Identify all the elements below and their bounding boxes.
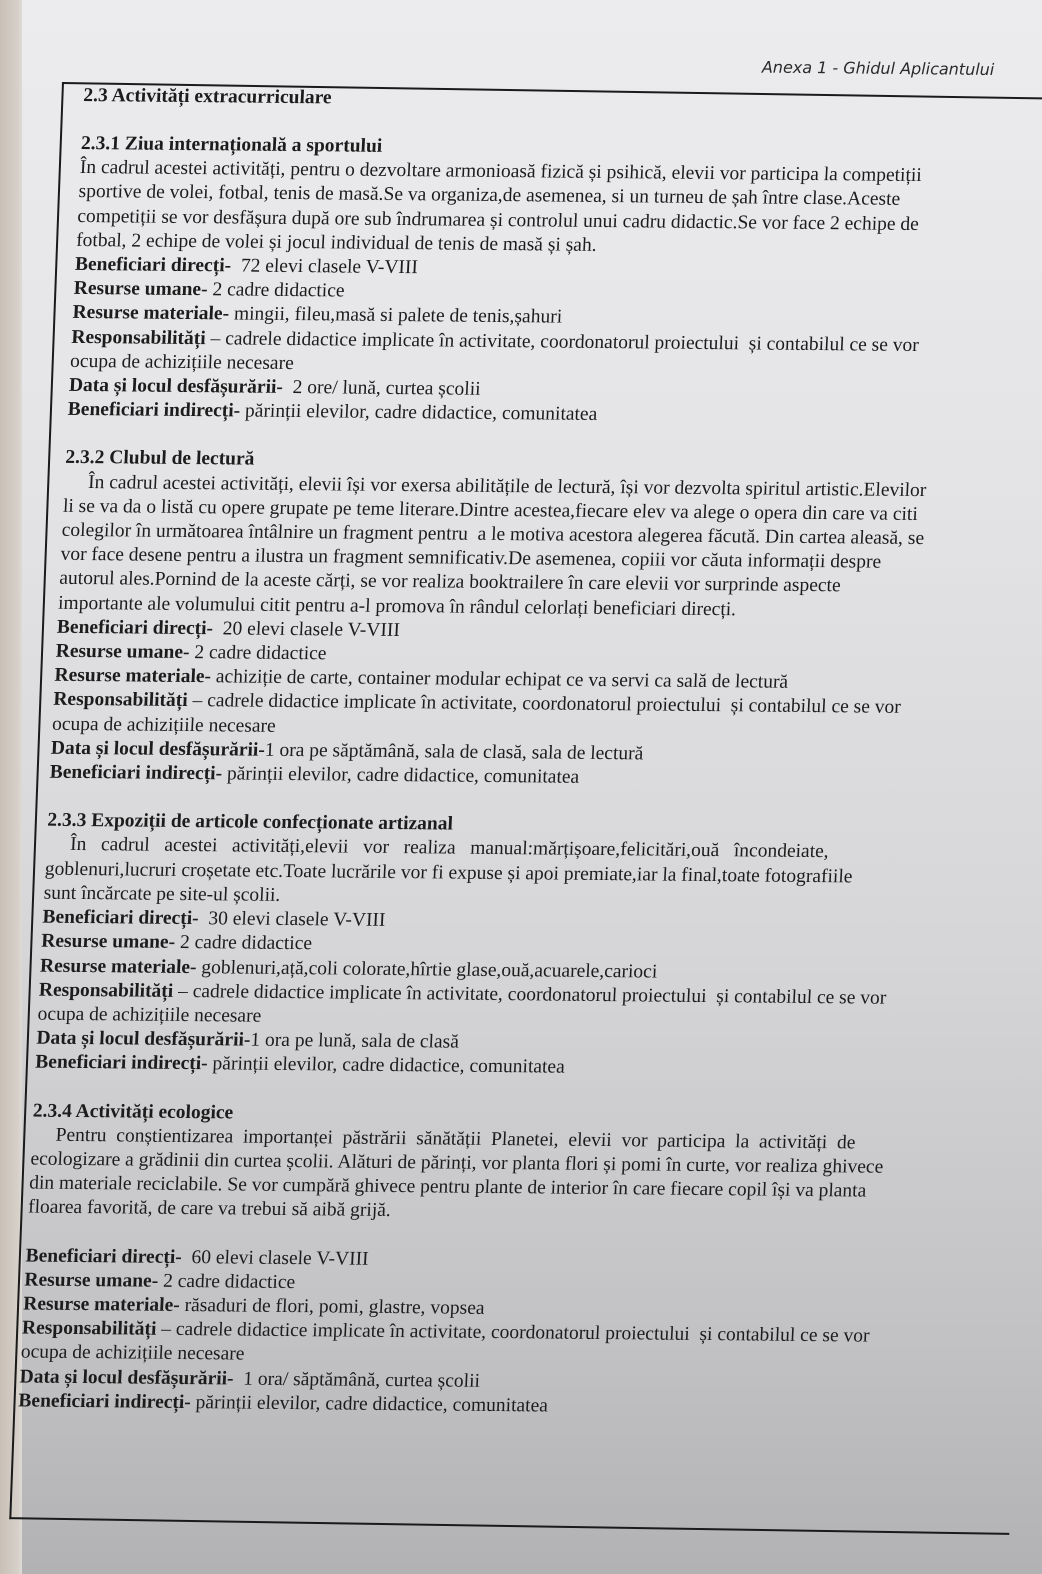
field-value: – cadrele didactice implicate în activit…	[187, 690, 901, 718]
field-value: părinții elevilor, cadre didactice, comu…	[190, 1392, 548, 1416]
field-value: 72 elevi clasele V-VIII	[231, 255, 419, 278]
field-label: Responsabilități	[38, 979, 173, 1001]
field-value: 2 cadre didactice	[189, 642, 327, 664]
section-description: Pentru conștientizarea importanței păstr…	[27, 1123, 1032, 1229]
field-value: 30 elevi clasele V-VIII	[198, 908, 386, 931]
section-description: În cadrul acestei activități, elevii își…	[58, 470, 1042, 625]
field-label: Beneficiari direcți-	[25, 1245, 182, 1267]
field-value: 2 cadre didactice	[175, 932, 313, 954]
field-label: Resurse umane-	[24, 1269, 159, 1291]
section-2-3-3: 2.3.3 Expoziții de articole confecționat…	[35, 809, 1042, 1085]
field-label: Resurse materiale-	[54, 665, 212, 687]
field-value: părinții elevilor, cadre didactice, comu…	[240, 401, 598, 425]
field-value: achiziție de carte, container modular ec…	[211, 667, 789, 694]
field-label: Data și locul desfășurării-	[36, 1028, 251, 1051]
field-label: Beneficiari indirecți-	[35, 1052, 208, 1075]
field-value: 60 elevi clasele V-VIII	[181, 1247, 369, 1270]
field-value: părinții elevilor, cadre didactice, comu…	[207, 1054, 565, 1078]
field-label: Resurse umane-	[73, 278, 208, 300]
field-label: Beneficiari indirecți-	[18, 1390, 191, 1413]
field-label: Beneficiari indirecți-	[67, 399, 240, 422]
field-value: răsaduri de flori, pomi, glastre, vopsea	[179, 1295, 485, 1319]
field-label: Responsabilități	[53, 689, 188, 711]
field-label: Responsabilități	[22, 1318, 157, 1340]
section-description: În cadrul acestei activități,elevii vor …	[43, 833, 1042, 915]
field-value: 1 ora pe lună, sala de clasă	[250, 1030, 459, 1053]
field-value: 1 ora pe săptămână, sala de clasă, sala …	[264, 740, 643, 765]
field-value: 2 ore/ lună, curtea școlii	[282, 377, 481, 400]
field-value: 2 cadre didactice	[158, 1271, 296, 1293]
document-content: 2.3 Activități extracurriculare 2.3.1 Zi…	[17, 84, 1042, 1447]
header-annex-note: Anexa 1 - Ghidul Aplicantului	[761, 58, 994, 79]
field-label: Beneficiari indirecți-	[49, 762, 222, 785]
field-label: Beneficiari direcți-	[42, 907, 199, 929]
field-value: 20 elevi clasele V-VIII	[213, 618, 401, 641]
section-2-3-4: 2.3.4 Activități ecologice Pentru conști…	[18, 1099, 1034, 1423]
section-2-3-2: 2.3.2 Clubul de lectură În cadrul aceste…	[49, 446, 1042, 794]
field-value: – cadrele didactice implicate în activit…	[205, 328, 919, 356]
field-label: Data și locul desfășurării-	[68, 375, 283, 398]
field-label: Beneficiari direcți-	[56, 617, 213, 639]
field-label: Resurse materiale-	[72, 302, 230, 324]
section-2-3-1: 2.3.1 Ziua internațională a sportului În…	[67, 132, 1042, 432]
field-label: Data și locul desfășurării-	[19, 1366, 234, 1389]
field-label: Resurse materiale-	[23, 1293, 181, 1315]
field-label: Resurse umane-	[41, 931, 176, 953]
field-label: Beneficiari direcți-	[74, 254, 231, 276]
section-description: În cadrul acestei activități, pentru o d…	[76, 156, 1042, 262]
field-value: mingii, fileu,masă si palete de tenis,șa…	[229, 304, 563, 328]
field-value: 2 cadre didactice	[207, 279, 345, 301]
field-label: Resurse materiale-	[40, 955, 198, 977]
field-label: Data și locul desfășurării-	[50, 738, 265, 761]
field-label: Resurse umane-	[55, 641, 190, 663]
field-value: 1 ora/ săptămână, curtea școlii	[233, 1368, 480, 1391]
field-value: goblenuri,ață,coli colorate,hîrtie glase…	[196, 957, 658, 982]
field-value: – cadrele didactice implicate în activit…	[173, 981, 887, 1009]
field-label: Responsabilități	[71, 327, 206, 349]
field-value: părinții elevilor, cadre didactice, comu…	[222, 763, 580, 787]
field-value: – cadrele didactice implicate în activit…	[156, 1319, 870, 1347]
